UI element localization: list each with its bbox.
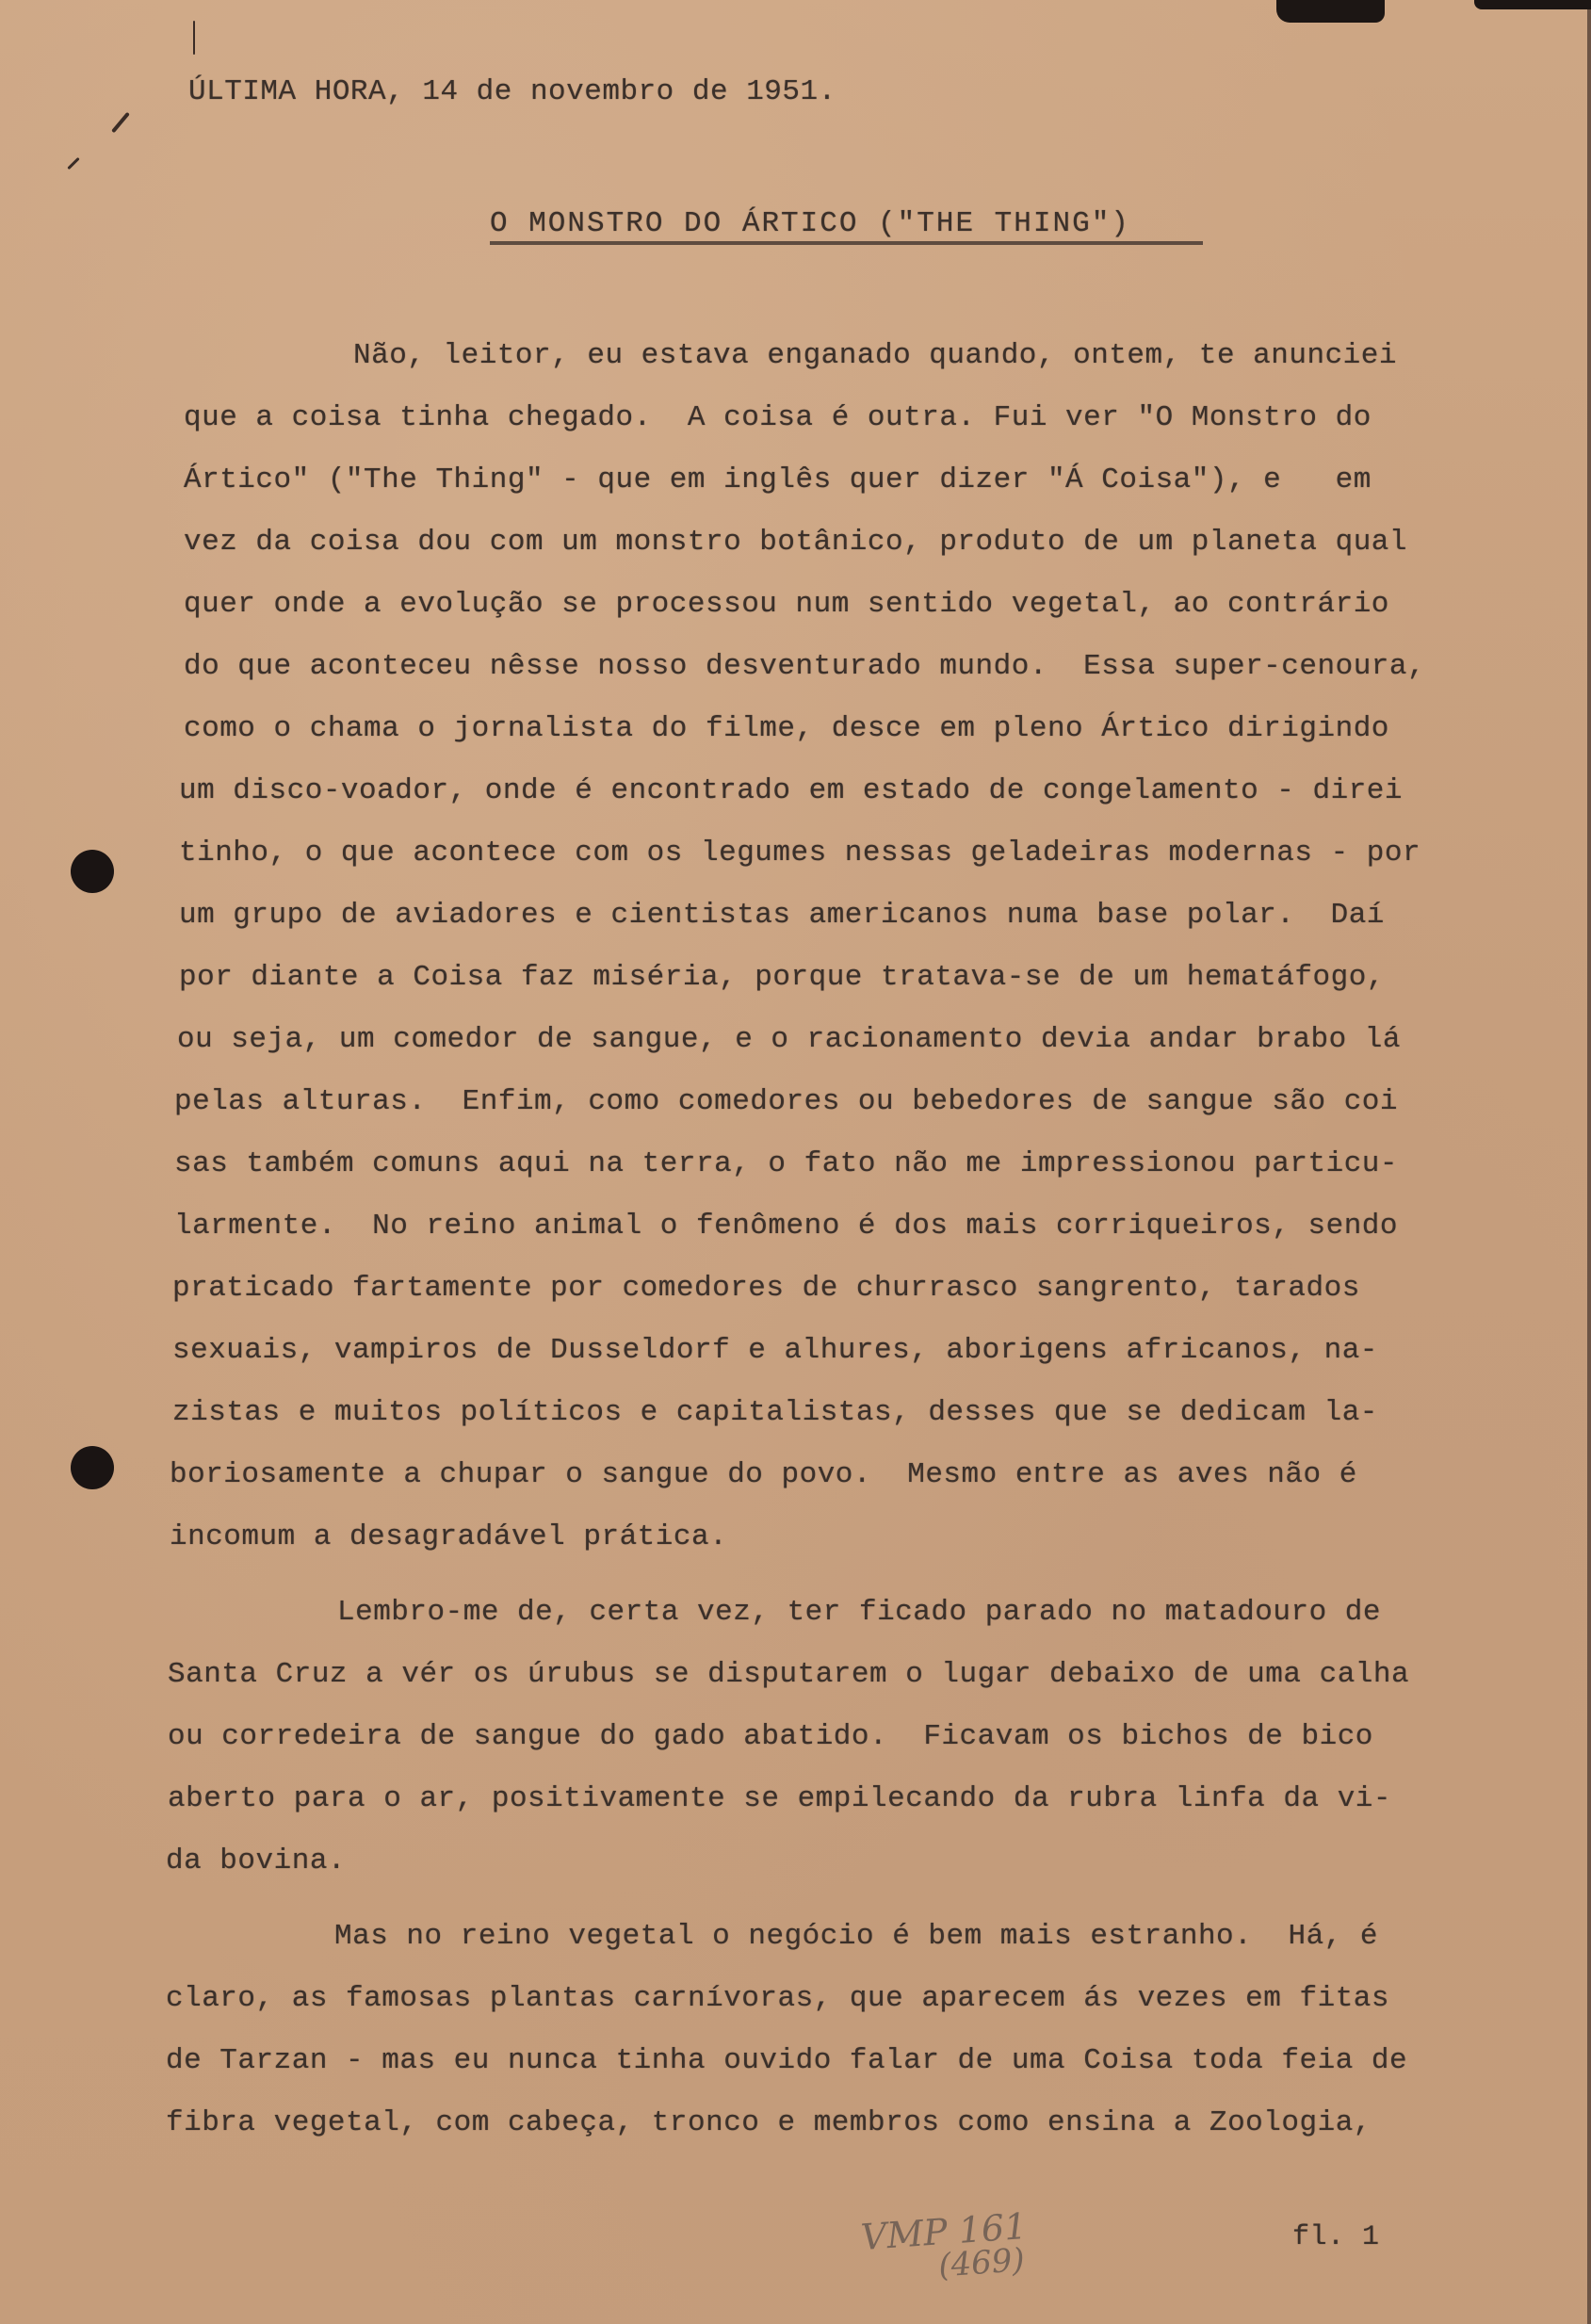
body-text-line: sas também comuns aqui na terra, o fato … — [174, 1149, 1398, 1178]
pencil-mark — [193, 21, 195, 55]
body-text-line: por diante a Coisa faz miséria, porque t… — [179, 963, 1385, 992]
body-text-line: vez da coisa dou com um monstro botânico… — [184, 528, 1407, 557]
body-text-line: Lembro-me de, certa vez, ter ficado para… — [337, 1598, 1381, 1627]
body-text-line: do que aconteceu nêsse nosso desventurad… — [184, 652, 1425, 681]
body-text-line: fibra vegetal, com cabeça, tronco e memb… — [166, 2108, 1372, 2137]
binding-tab-mark — [1474, 0, 1591, 9]
body-text-line: tinho, o que acontece com os legumes nes… — [179, 838, 1421, 868]
body-text-line: um disco-voador, onde é encontrado em es… — [179, 776, 1403, 805]
body-text-line: zistas e muitos políticos e capitalistas… — [172, 1398, 1378, 1427]
pencil-mark — [67, 157, 79, 170]
body-text-line: de Tarzan - mas eu nunca tinha ouvido fa… — [166, 2046, 1407, 2075]
publication-date-header: ÚLTIMA HORA, 14 de novembro de 1951. — [188, 77, 836, 106]
body-text-line: quer onde a evolução se processou num se… — [184, 590, 1389, 619]
body-text-line: Mas no reino vegetal o negócio é bem mai… — [334, 1922, 1378, 1951]
body-text-line: um grupo de aviadores e cientistas ameri… — [179, 901, 1385, 930]
body-text-line: como o chama o jornalista do filme, desc… — [184, 714, 1389, 743]
body-text-line: que a coisa tinha chegado. A coisa é out… — [184, 403, 1372, 432]
binding-tab-mark — [1276, 0, 1385, 23]
body-text-line: Não, leitor, eu estava enganado quando, … — [353, 341, 1397, 370]
body-text-line: Santa Cruz a vér os úrubus se disputarem… — [168, 1660, 1409, 1689]
body-text-line: larmente. No reino animal o fenômeno é d… — [174, 1211, 1398, 1241]
punch-hole-icon — [71, 1446, 114, 1489]
body-text-line: aberto para o ar, positivamente se empil… — [168, 1784, 1391, 1813]
body-text-line: ou corredeira de sangue do gado abatido.… — [168, 1722, 1373, 1751]
body-text-line: pelas alturas. Enfim, como comedores ou … — [174, 1087, 1398, 1116]
pencil-mark — [111, 112, 130, 133]
page-number: fl. 1 — [1292, 2223, 1380, 2251]
body-text-line: praticado fartamente por comedores de ch… — [172, 1274, 1360, 1303]
body-text-line: incomum a desagradável prática. — [170, 1522, 727, 1552]
body-text-line: claro, as famosas plantas carnívoras, qu… — [166, 1984, 1389, 2013]
article-title: O MONSTRO DO ÁRTICO ("THE THING") — [490, 209, 1130, 238]
body-text-line: sexuais, vampiros de Dusseldorf e alhure… — [172, 1336, 1378, 1365]
typewritten-page: ÚLTIMA HORA, 14 de novembro de 1951. O M… — [0, 0, 1591, 2324]
body-text-line: ou seja, um comedor de sangue, e o racio… — [177, 1025, 1401, 1054]
punch-hole-icon — [71, 850, 114, 893]
body-text-line: boriosamente a chupar o sangue do povo. … — [170, 1460, 1357, 1489]
body-text-line: da bovina. — [166, 1846, 346, 1876]
handwritten-note-line2: (469) — [937, 2244, 1031, 2283]
body-text-line: Ártico" ("The Thing" - que em inglês que… — [184, 465, 1372, 495]
handwritten-archive-note: VMP 161 (469) — [860, 2208, 1031, 2287]
title-underline — [490, 241, 1203, 245]
